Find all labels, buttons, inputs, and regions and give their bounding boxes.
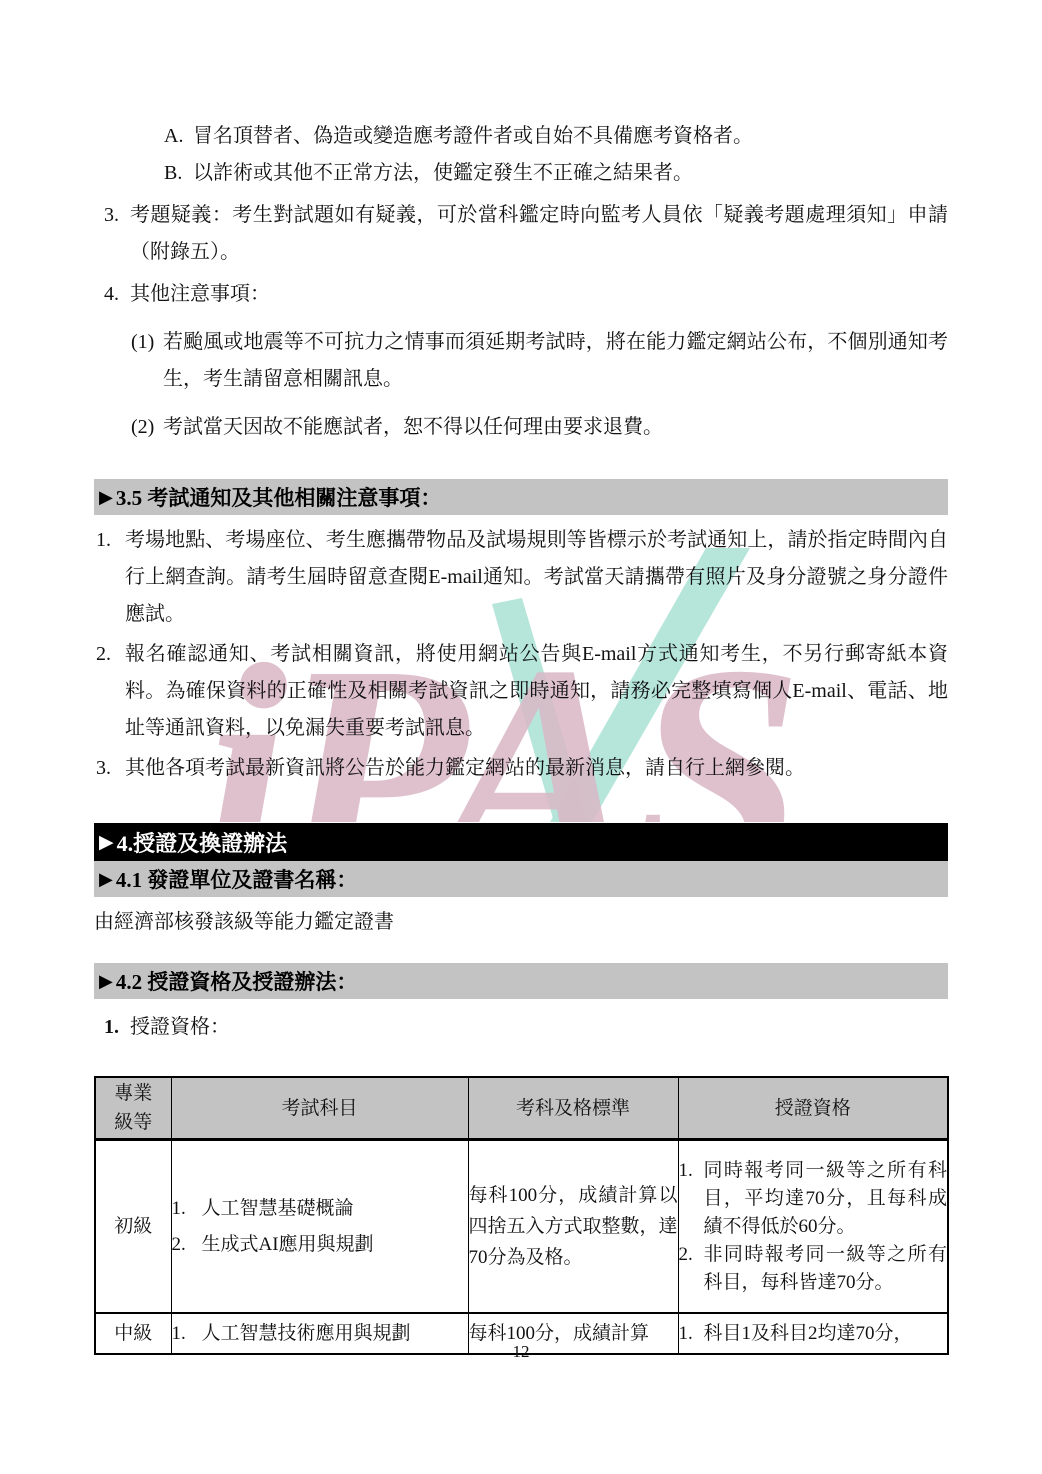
triangle-bullet-icon: ▶ <box>99 833 114 852</box>
list-text: 以詐術或其他不正常方法，使鑑定發生不正確之結果者。 <box>193 162 693 184</box>
list-marker: 2. <box>96 636 111 673</box>
list-marker: 1. <box>679 1157 693 1185</box>
column-header-level: 專業級等 <box>95 1077 171 1140</box>
list-marker: 2. <box>172 1227 186 1263</box>
page-number: 12 <box>0 1342 1042 1362</box>
column-header-qualification: 授證資格 <box>678 1077 948 1140</box>
section-title: 3.5 考試通知及其他相關注意事項： <box>116 482 442 512</box>
list-marker: (2) <box>131 409 154 446</box>
table-header-row: 專業級等 考試科目 考科及格標準 授證資格 <box>95 1077 948 1140</box>
section-3-5-item-1: 1. 考場地點、考場座位、考生應攜帶物品及試場規則等皆標示於考試通知上，請於指定… <box>94 522 948 633</box>
subject-item: 2. 生成式AI應用與規劃 <box>172 1227 468 1263</box>
table-row: 初級 1. 人工智慧基礎概論 2. 生成式AI應用與規劃 每科100分，成績計算… <box>95 1140 948 1314</box>
document-page: iPAS A. 冒名頂替者、偽造或變造應考證件者或自始不具備應考資格者。 B. … <box>0 0 1042 1474</box>
award-qualification-line: 1. 授證資格： <box>94 1009 948 1046</box>
list-marker: 4. <box>104 276 119 313</box>
section-4-1-body: 由經濟部核發該級等能力鑑定證書 <box>94 904 948 941</box>
list-text: 其他注意事項： <box>130 283 270 305</box>
list-text: 其他各項考試最新資訊將公告於能力鑑定網站的最新消息，請自行上網參閱。 <box>125 757 805 779</box>
section-3-5-item-2: 2. 報名確認通知、考試相關資訊，將使用網站公告與E-mail方式通知考生，不另… <box>94 636 948 747</box>
list-marker: B. <box>164 155 182 192</box>
list-text: 冒名頂替者、偽造或變造應考證件者或自始不具備應考資格者。 <box>193 125 753 147</box>
triangle-bullet-icon: ▶ <box>99 870 113 888</box>
subjects-cell: 1. 人工智慧基礎概論 2. 生成式AI應用與規劃 <box>171 1140 468 1314</box>
qualification-cell: 1. 同時報考同一級等之所有科目，平均達70分，且每科成績不得低於60分。 2.… <box>678 1140 948 1314</box>
subject-text: 生成式AI應用與規劃 <box>202 1234 374 1255</box>
note-item-4: 4. 其他注意事項： <box>94 276 948 313</box>
certification-table: 專業級等 考試科目 考科及格標準 授證資格 初級 1. 人工智慧基礎概論 <box>94 1076 949 1355</box>
list-text: 考題疑義：考生對試題如有疑義，可於當科鑑定時向監考人員依「疑義考題處理須知」申請… <box>130 204 948 263</box>
triangle-bullet-icon: ▶ <box>99 972 113 990</box>
subject-item: 1. 人工智慧基礎概論 <box>172 1191 468 1227</box>
qualification-text: 非同時報考同一級等之所有科目，每科皆達70分。 <box>704 1244 948 1293</box>
list-text: 考場地點、考場座位、考生應攜帶物品及試場規則等皆標示於考試通知上，請於指定時間內… <box>125 529 948 625</box>
subject-text: 人工智慧技術應用與規劃 <box>202 1323 411 1344</box>
list-marker: 3. <box>96 750 111 787</box>
section-3-5-header: ▶ 3.5 考試通知及其他相關注意事項： <box>94 479 948 515</box>
list-marker: 1. <box>172 1191 186 1227</box>
section-title: 4.授證及換證辦法 <box>117 827 288 858</box>
list-item-b: B. 以詐術或其他不正常方法，使鑑定發生不正確之結果者。 <box>94 155 948 192</box>
column-header-standard: 考科及格標準 <box>468 1077 678 1140</box>
list-marker: 3. <box>104 197 119 234</box>
list-text: 考試當天因故不能應試者，恕不得以任何理由要求退費。 <box>163 416 663 438</box>
subject-text: 人工智慧基礎概論 <box>202 1198 354 1219</box>
list-marker: A. <box>164 118 183 155</box>
triangle-bullet-icon: ▶ <box>99 488 113 506</box>
standard-cell: 每科100分，成績計算以四捨五入方式取整數，達70分為及格。 <box>468 1140 678 1314</box>
qualification-text: 科目1及科目2均達70分， <box>704 1323 913 1344</box>
list-text: 報名確認通知、考試相關資訊，將使用網站公告與E-mail方式通知考生，不另行郵寄… <box>125 643 948 739</box>
section-title: 4.1 發證單位及證書名稱： <box>116 864 358 894</box>
list-marker: (1) <box>131 324 154 361</box>
list-text: 若颱風或地震等不可抗力之情事而須延期考試時，將在能力鑑定網站公布，不個別通知考生… <box>163 331 948 390</box>
sub-note-2: (2) 考試當天因故不能應試者，恕不得以任何理由要求退費。 <box>94 409 948 446</box>
section-4-2-header: ▶ 4.2 授證資格及授證辦法： <box>94 963 948 999</box>
section-3-5-item-3: 3. 其他各項考試最新資訊將公告於能力鑑定網站的最新消息，請自行上網參閱。 <box>94 750 948 787</box>
note-item-3: 3. 考題疑義：考生對試題如有疑義，可於當科鑑定時向監考人員依「疑義考題處理須知… <box>94 197 948 271</box>
section-title: 4.2 授證資格及授證辦法： <box>116 966 358 996</box>
list-marker: 1. <box>104 1009 119 1046</box>
level-cell: 初級 <box>95 1140 171 1314</box>
qualification-item: 1. 同時報考同一級等之所有科目，平均達70分，且每科成績不得低於60分。 <box>679 1157 948 1241</box>
section-4-1-header: ▶ 4.1 發證單位及證書名稱： <box>94 861 948 897</box>
page-content: A. 冒名頂替者、偽造或變造應考證件者或自始不具備應考資格者。 B. 以詐術或其… <box>0 0 1042 1355</box>
list-text: 授證資格： <box>130 1016 230 1038</box>
section-4-header: ▶ 4.授證及換證辦法 <box>94 823 948 861</box>
list-marker: 2. <box>679 1241 693 1269</box>
list-marker: 1. <box>96 522 111 559</box>
column-header-subjects: 考試科目 <box>171 1077 468 1140</box>
sub-note-1: (1) 若颱風或地震等不可抗力之情事而須延期考試時，將在能力鑑定網站公布，不個別… <box>94 324 948 398</box>
qualification-text: 同時報考同一級等之所有科目，平均達70分，且每科成績不得低於60分。 <box>704 1160 948 1237</box>
qualification-item: 2. 非同時報考同一級等之所有科目，每科皆達70分。 <box>679 1241 948 1297</box>
list-item-a: A. 冒名頂替者、偽造或變造應考證件者或自始不具備應考資格者。 <box>94 118 948 155</box>
